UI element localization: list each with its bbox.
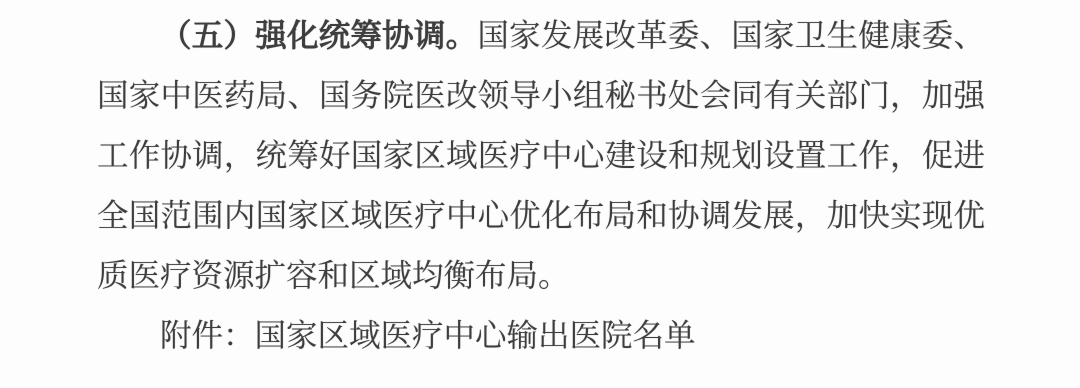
document-page: （五）强化统筹协调。国家发展改革委、国家卫生健康委、国家中医药局、国务院医改领导… (0, 0, 1080, 388)
section-heading: （五）强化统筹协调。 (160, 18, 477, 53)
section-body-text: 国家发展改革委、国家卫生健康委、国家中医药局、国务院医改领导小组秘书处会同有关部… (97, 18, 985, 293)
paragraph-section-5: （五）强化统筹协调。国家发展改革委、国家卫生健康委、国家中医药局、国务院医改领导… (97, 6, 985, 306)
document-text-column: （五）强化统筹协调。国家发展改革委、国家卫生健康委、国家中医药局、国务院医改领导… (97, 0, 985, 366)
attachment-line: 附件：国家区域医疗中心输出医院名单 (97, 306, 985, 366)
